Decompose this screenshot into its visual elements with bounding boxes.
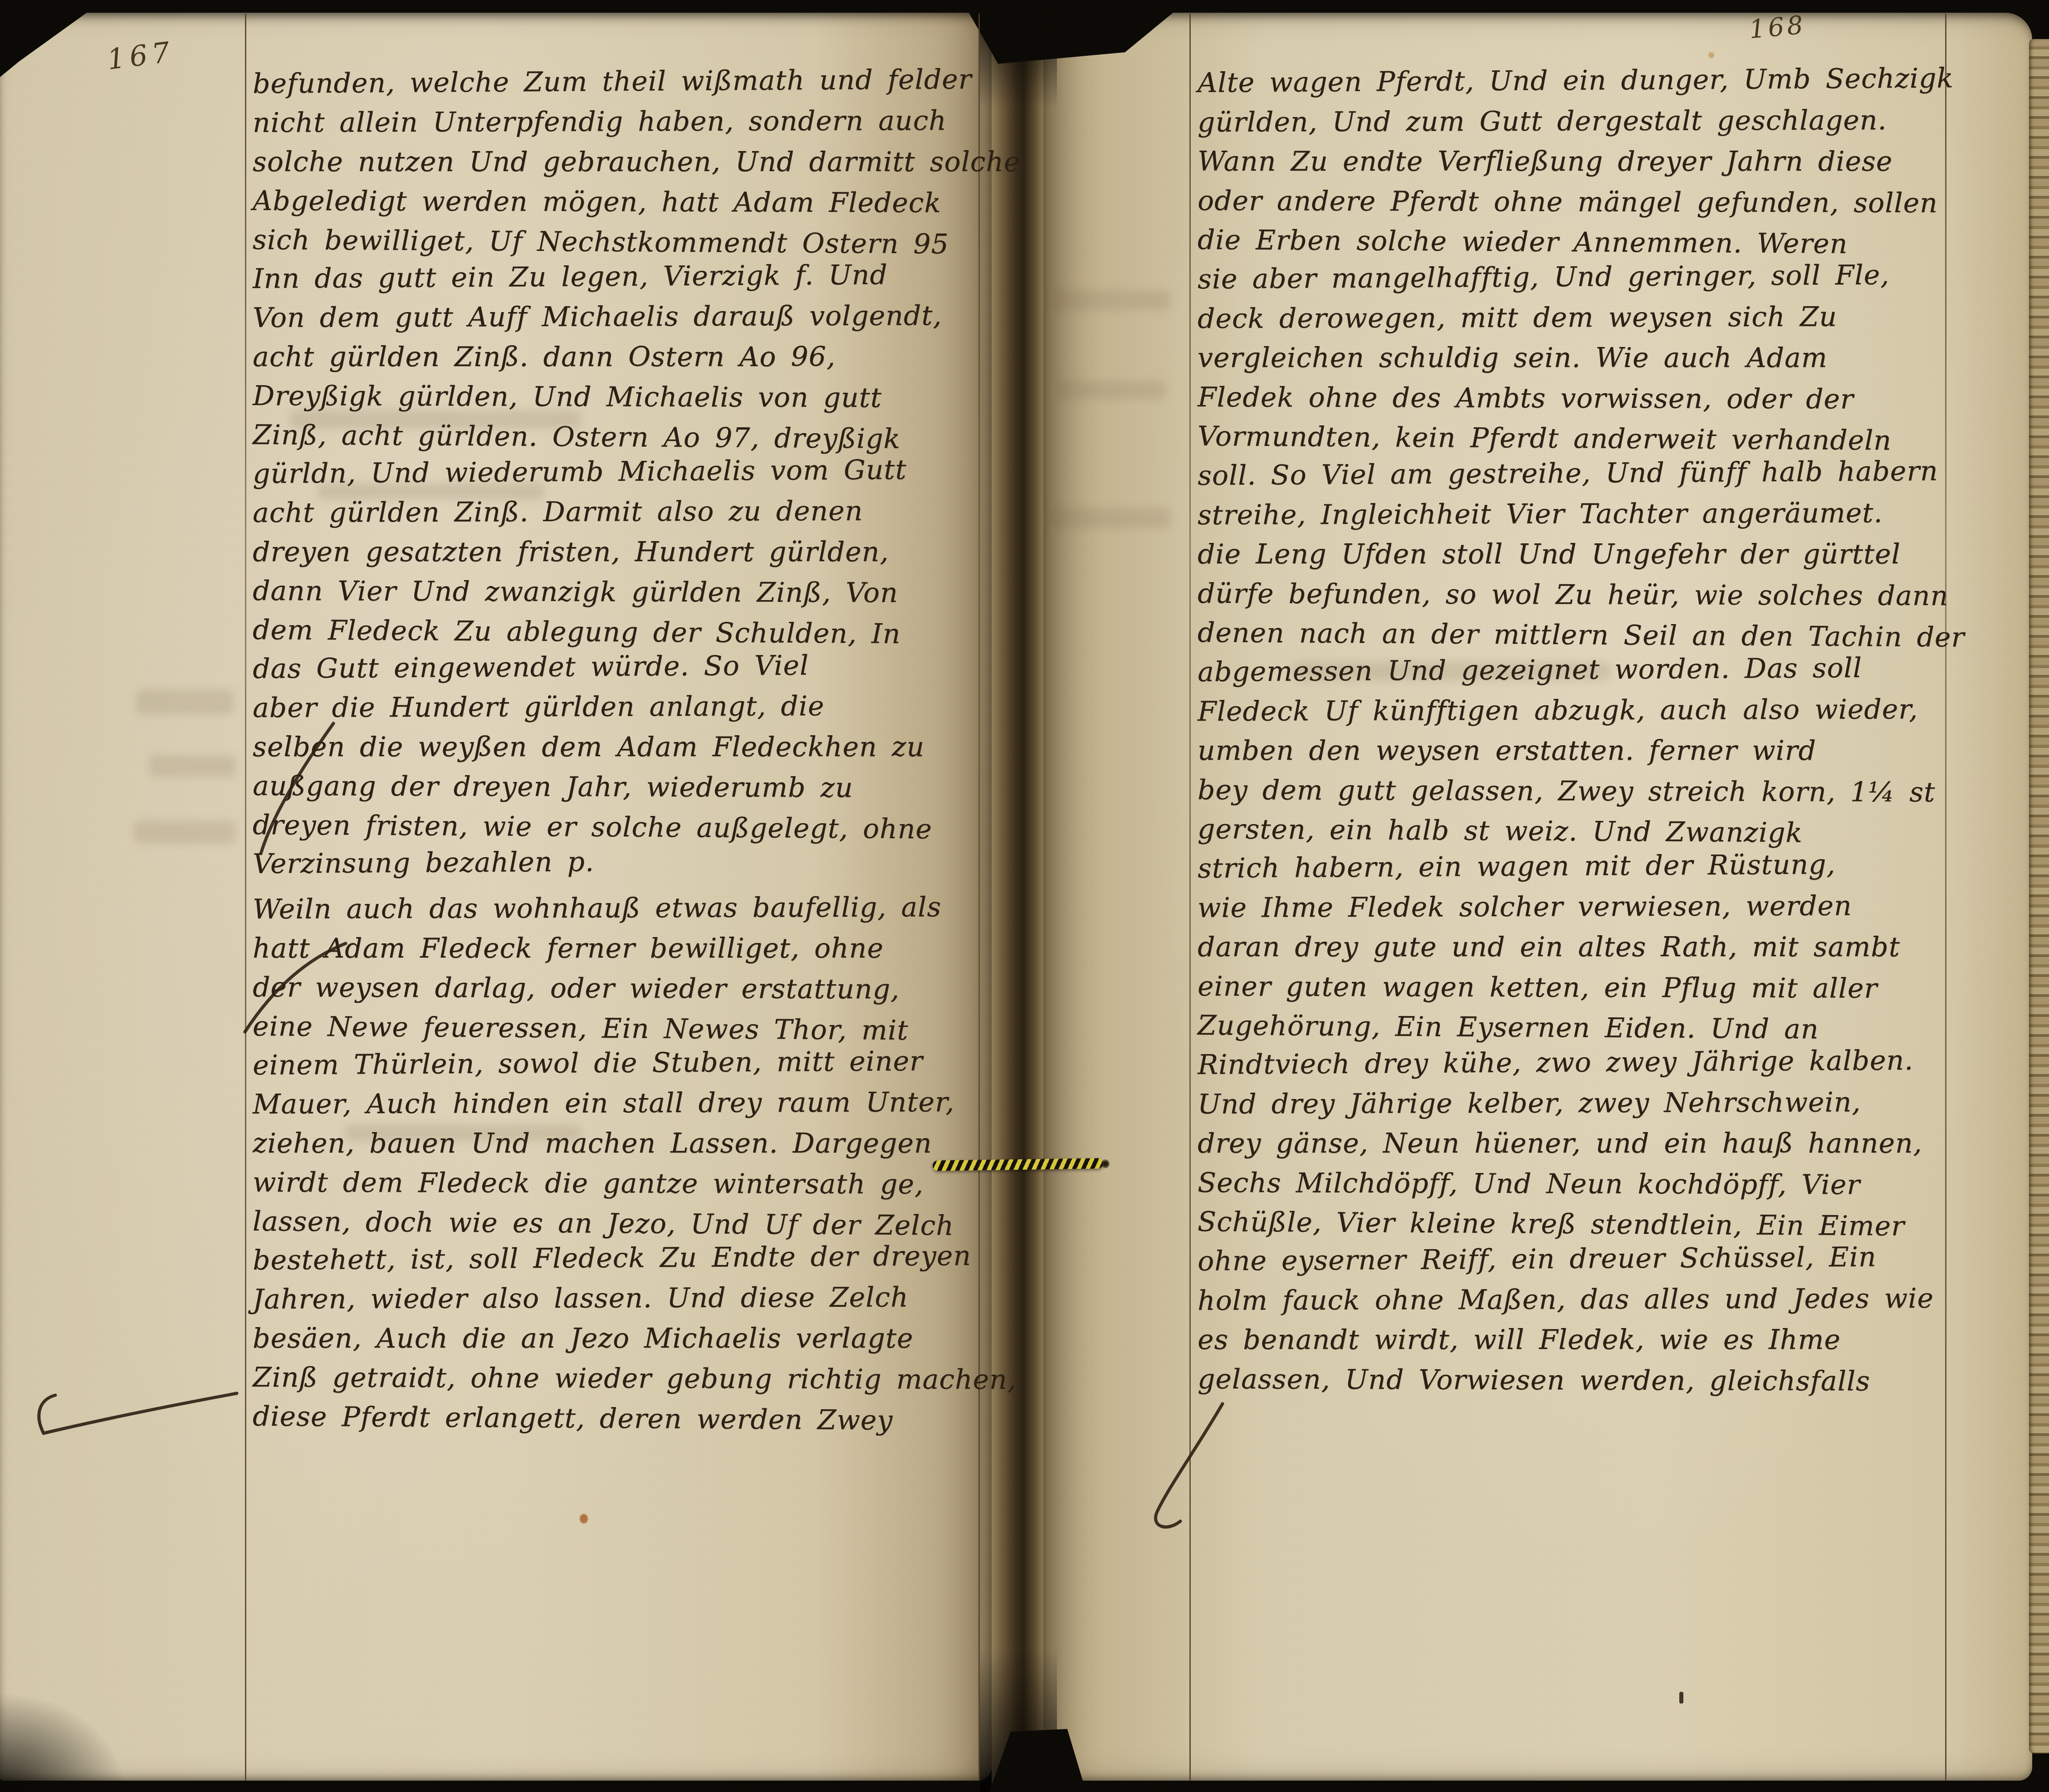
manuscript-line: dreyen gesatzten fristen, Hundert gürlde… <box>253 536 889 568</box>
margin-rule-left-page-right <box>978 14 980 1781</box>
manuscript-line: acht gürlden Zinß. Darmit also zu denen <box>253 495 863 529</box>
bleed-through-smudge <box>1052 290 1170 310</box>
manuscript-line: das Gutt eingewendet würde. So Viel <box>253 649 809 685</box>
bleed-through-smudge <box>150 755 236 777</box>
manuscript-line: Verzinsung bezahlen p. <box>253 846 594 880</box>
manuscript-line: dürfe befunden, so wol Zu heür, wie solc… <box>1198 578 1948 612</box>
manuscript-line: bestehett, ist, soll Fledeck Zu Endte de… <box>253 1240 971 1276</box>
ink-stain <box>580 1514 588 1523</box>
gutter-shadow <box>980 0 1057 1792</box>
manuscript-line: solche nutzen Und gebrauchen, Und darmit… <box>253 146 1021 178</box>
manuscript-line: Von dem gutt Auff Michaelis darauß volge… <box>253 300 942 334</box>
manuscript-line: außgang der dreyen Jahr, wiederumb zu <box>253 770 853 804</box>
bleed-through-smudge <box>1048 508 1170 528</box>
manuscript-line: Weiln auch das wohnhauß etwas baufellig,… <box>253 891 941 925</box>
manuscript-line: streihe, Ingleichheit Vier Tachter anger… <box>1198 497 1883 531</box>
manuscript-line: holm fauck ohne Maßen, das alles und Jed… <box>1198 1282 1934 1316</box>
manuscript-line: gelassen, Und Vorwiesen werden, gleichsf… <box>1198 1363 1870 1397</box>
manuscript-line: vergleichen schuldig sein. Wie auch Adam <box>1198 342 1828 374</box>
manuscript-scan: 167 168 befunden, welche Zum theil wißma… <box>0 0 2049 1792</box>
manuscript-line: Abgeledigt werden mögen, hatt Adam Flede… <box>253 185 941 219</box>
manuscript-line: oder andere Pferdt ohne mängel gefunden,… <box>1198 185 1938 219</box>
manuscript-line: die Erben solche wieder Annemmen. Weren <box>1198 224 1848 260</box>
manuscript-line: hatt Adam Fledeck ferner bewilliget, ohn… <box>253 933 884 964</box>
manuscript-line: Zinß getraidt, ohne wieder gebung richti… <box>253 1362 1017 1396</box>
shadow-bottom-left <box>0 1692 127 1792</box>
manuscript-line: einem Thürlein, sowol die Stuben, mitt e… <box>253 1045 923 1081</box>
manuscript-line: Zugehörung, Ein Eysernen Eiden. Und an <box>1198 1010 1819 1045</box>
manuscript-line: gürldn, Und wiederumb Michaelis vom Gutt <box>253 454 907 490</box>
manuscript-line: dreyen fristen, wie er solche außgelegt,… <box>253 809 932 845</box>
manuscript-line: dem Fledeck Zu ablegung der Schulden, In <box>253 614 901 650</box>
manuscript-line: es benandt wirdt, will Fledek, wie es Ih… <box>1198 1324 1841 1356</box>
manuscript-line: die Leng Ufden stoll Und Ungefehr der gü… <box>1198 538 1901 570</box>
manuscript-line: sich bewilliget, Uf Nechstkommendt Oster… <box>253 224 949 260</box>
fore-edge-page-stack <box>2029 39 2049 1753</box>
manuscript-line: lassen, doch wie es an Jezo, Und Uf der … <box>253 1206 954 1242</box>
manuscript-line: ziehen, bauen Und machen Lassen. Dargege… <box>253 1128 932 1159</box>
manuscript-line: gürlden, Und zum Gutt dergestalt geschla… <box>1198 104 1887 138</box>
manuscript-line: daran drey gute und ein altes Rath, mit … <box>1198 931 1900 963</box>
manuscript-line: deck derowegen, mitt dem weysen sich Zu <box>1198 301 1837 334</box>
manuscript-line: drey gänse, Neun hüener, und ein hauß ha… <box>1198 1128 1922 1159</box>
manuscript-line: Alte wagen Pferdt, Und ein dunger, Umb S… <box>1198 63 1954 99</box>
manuscript-line: Fledek ohne des Ambts vorwissen, oder de… <box>1198 381 1854 415</box>
manuscript-line: Wann Zu endte Verfließung dreyer Jahrn d… <box>1198 146 1893 177</box>
manuscript-line: Schüßle, Vier kleine kreß stendtlein, Ei… <box>1198 1206 1905 1242</box>
margin-rule-left-page-left <box>245 14 246 1781</box>
manuscript-line: Zinß, acht gürlden. Ostern Ao 97, dreyßi… <box>253 419 901 455</box>
ink-mark <box>1679 1692 1683 1704</box>
manuscript-line: Dreyßigk gürlden, Und Michaelis von gutt <box>253 380 882 414</box>
manuscript-line: diese Pferdt erlangett, deren werden Zwe… <box>253 1401 893 1436</box>
manuscript-line: Mauer, Auch hinden ein stall drey raum U… <box>253 1086 954 1120</box>
manuscript-line: denen nach an der mittlern Seil an den T… <box>1198 617 1965 654</box>
manuscript-line: sie aber mangelhafftig, Und geringer, so… <box>1198 259 1890 295</box>
margin-rule-right-page-left <box>1189 14 1191 1781</box>
manuscript-line: selben die weyßen dem Adam Fledeckhen zu <box>253 731 924 763</box>
manuscript-line: bey dem gutt gelassen, Zwey streich korn… <box>1198 774 1935 808</box>
manuscript-line: strich habern, ein wagen mit der Rüstung… <box>1198 849 1836 884</box>
page-number-right: 168 <box>1748 10 1807 45</box>
manuscript-line: einer guten wagen ketten, ein Pflug mit … <box>1198 971 1878 1005</box>
manuscript-line: Und drey Jährige kelber, zwey Nehrschwei… <box>1198 1086 1861 1120</box>
manuscript-line: soll. So Viel am gestreihe, Und fünff ha… <box>1198 455 1938 492</box>
manuscript-line: eine Newe feueressen, Ein Newes Thor, mi… <box>253 1011 909 1046</box>
manuscript-line: umben den weysen erstatten. ferner wird <box>1198 735 1816 767</box>
manuscript-line: Jahren, wieder also lassen. Und diese Ze… <box>253 1281 909 1315</box>
manuscript-line: befunden, welche Zum theil wißmath und f… <box>253 63 972 100</box>
manuscript-line: dann Vier Und zwanzigk gürlden Zinß, Von <box>253 575 898 609</box>
manuscript-line: wirdt dem Fledeck die gantze wintersath … <box>253 1167 924 1201</box>
manuscript-line: gersten, ein halb st weiz. Und Zwanzigk <box>1198 813 1803 849</box>
manuscript-line: der weysen darlag, oder wieder erstattun… <box>253 972 900 1005</box>
manuscript-line: aber die Hundert gürlden anlangt, die <box>253 690 825 724</box>
margin-rule-right-page-right <box>1945 14 1946 1781</box>
manuscript-line: Vormundten, kein Pferdt anderweit verhan… <box>1198 420 1892 457</box>
manuscript-line: nicht allein Unterpfendig haben, sondern… <box>253 105 947 139</box>
manuscript-line: besäen, Auch die an Jezo Michaelis verla… <box>253 1323 914 1354</box>
bleed-through-smudge <box>136 689 234 714</box>
manuscript-line: Sechs Milchdöpff, Und Neun kochdöpff, Vi… <box>1198 1167 1860 1201</box>
bleed-through-smudge <box>134 821 236 844</box>
manuscript-line: abgemessen Und gezeignet worden. Das sol… <box>1198 652 1862 688</box>
thread-hole <box>1101 1159 1110 1168</box>
manuscript-line: Rindtviech drey kühe, zwo zwey Jährige k… <box>1198 1045 1914 1081</box>
manuscript-line: Fledeck Uf künfftigen abzugk, auch also … <box>1198 693 1918 728</box>
manuscript-line: Inn das gutt ein Zu legen, Vierzigk f. U… <box>253 259 888 295</box>
bleed-through-smudge <box>1057 381 1166 399</box>
manuscript-line: acht gürlden Zinß. dann Ostern Ao 96, <box>253 341 836 373</box>
manuscript-line: ohne eyserner Reiff, ein dreuer Schüssel… <box>1198 1241 1877 1277</box>
manuscript-line: wie Ihme Fledek solcher verwiesen, werde… <box>1198 890 1852 924</box>
paper-stain <box>1708 52 1714 58</box>
